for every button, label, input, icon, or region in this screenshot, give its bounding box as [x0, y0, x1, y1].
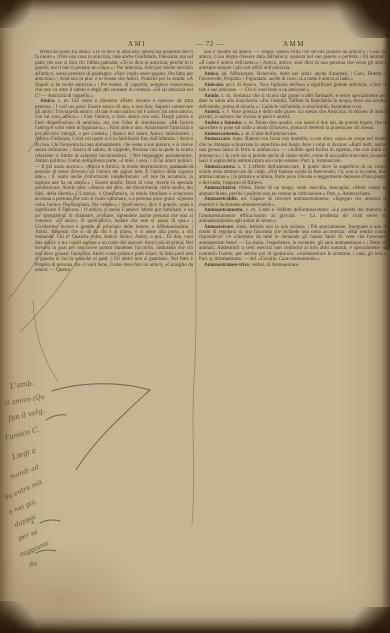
- pencil-stroke: [46, 415, 66, 420]
- dictionary-entry: Amistà. s. f. Voce poetica e dello stile…: [199, 110, 386, 121]
- entry-headword: Ammaccamento.: [204, 132, 241, 137]
- pencil-stroke: [33, 300, 58, 381]
- pencil-stroke: [52, 384, 150, 391]
- marginalia-note: L'amb.: [10, 379, 35, 390]
- marginalia-note: x: [31, 519, 34, 526]
- entry-headword: Amitto e Ammito.: [204, 121, 244, 126]
- entry-headword: Amicone.: [204, 83, 226, 88]
- page-number: — 72 —: [196, 40, 224, 48]
- dictionary-entry: Ammaestrare. trans. Istruire uno in una …: [199, 225, 386, 263]
- page-edge-shadow-right: [384, 0, 390, 250]
- marginalia-note: raggiunti: [19, 539, 50, 558]
- photo-corner-bottom-left: [0, 601, 46, 633]
- marginalia-note: per sè: [17, 528, 39, 542]
- dictionary-entry: non è salame da amico: — Tenga! questa v…: [199, 50, 386, 72]
- marginalia-note: mandi ad: [9, 463, 40, 481]
- running-head-left: AMI: [128, 40, 146, 48]
- text-column-left: ferma da usarsi tra amici: «Te lo dico i…: [35, 50, 193, 274]
- dictionary-entry: Ammaestrabile. ad. Capace di ricevere am…: [199, 197, 386, 208]
- entry-headword: Ammaestrabile.: [204, 197, 241, 202]
- dictionary-entry: Ammaccare. trans. Battere con forza con …: [199, 137, 386, 164]
- entry-headword: Ammacchiarsi.: [204, 186, 239, 191]
- dictionary-entry: Amido. s. m. Sostanza che si ricava dal …: [199, 94, 386, 110]
- dictionary-entry: Ammaestratore-trice. verbal. di Ammaestr…: [199, 263, 386, 268]
- entry-headword: Ammaccatura.: [204, 165, 238, 170]
- marginalia-note: Va entra mit: [3, 478, 43, 502]
- scanned-page-photo: AMI — 72 — AMM ferma da usarsi tra amici…: [0, 0, 390, 633]
- entry-headword: Ammaestramento.: [204, 208, 246, 213]
- entry-headword: Ammaestratore-trice.: [204, 263, 251, 268]
- entry-headword: Amido.: [204, 94, 221, 99]
- photo-corner-top-right: [326, 0, 390, 38]
- entry-headword: Amico.: [40, 99, 58, 104]
- dictionary-entry: Amico. s. m. Chi sente o dimostra affett…: [35, 99, 193, 274]
- marginalia-note: Liegi a: [11, 446, 36, 461]
- photo-corner-bottom-right: [338, 607, 390, 633]
- entry-headword: Amico.: [204, 72, 222, 77]
- marginalia-note: do: [28, 559, 38, 569]
- dictionary-entry: Amicone. accr. di Amico. Voce figliuola …: [199, 83, 386, 94]
- dictionary-entry: Ammaestramento. s. m. L'atto e l'effetto…: [199, 208, 386, 224]
- running-head-right: AMM: [283, 40, 305, 48]
- dictionary-entry: Ammacchiarsi. rifless. Detto di un luogo…: [199, 186, 386, 197]
- dictionary-entry: Ammaccatura. s. f. L'effetto dell'ammacc…: [199, 165, 386, 187]
- dictionary-entry: Amico. ad. Affezionato, Benevolo, detto …: [199, 72, 386, 83]
- marginalia-note: l'amico C.: [5, 426, 41, 443]
- book-page: AMI — 72 — AMM ferma da usarsi tra amici…: [0, 0, 390, 633]
- dictionary-entry: Amitto e Ammito. s. m. Panno lino quadro…: [199, 121, 386, 132]
- marginalia-note: il amico (Qu: [5, 393, 46, 408]
- marginalia-note: fan il volg.: [8, 407, 46, 423]
- pencil-stroke: [40, 520, 60, 523]
- photo-corner-top-left: [0, 0, 40, 28]
- dictionary-entry: ferma da usarsi tra amici: «Te lo dico i…: [35, 50, 193, 99]
- entry-headword: Ammaestrare.: [204, 225, 236, 230]
- entry-headword: Ammaccare.: [204, 137, 233, 142]
- running-head: AMI — 72 — AMM: [0, 40, 390, 50]
- entry-headword: Amistà.: [204, 110, 222, 115]
- pencil-stroke: [76, 390, 150, 470]
- text-column-right: non è salame da amico: — Tenga! questa v…: [199, 50, 386, 268]
